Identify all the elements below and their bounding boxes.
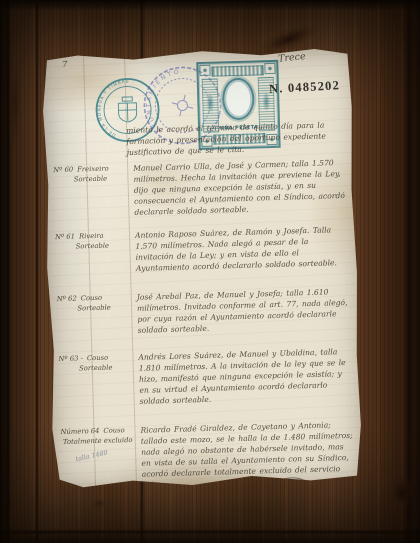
stamp-corner-ornament — [199, 65, 210, 76]
entry-place: Couso — [87, 354, 109, 364]
ink-stamp-emblem-icon — [169, 92, 196, 119]
wood-knot — [388, 474, 416, 512]
folio-note: Trece — [278, 51, 306, 65]
wood-knot — [90, 498, 108, 509]
entry-number: Nº 61 — [55, 233, 75, 243]
entry-number: Nº 62 — [57, 295, 77, 305]
document-paper: 7 Trece · DE LA MONEDA Y TIMBRE · AYUNTA — [40, 46, 364, 491]
stamp-center-oval — [222, 77, 255, 120]
entry-body: José Arebal Paz, de Manuel y Josefa; tal… — [137, 287, 352, 337]
entry-body: Andrés Lores Suárez, de Manuel y Ubaldin… — [138, 347, 353, 407]
stamp-top-banner — [211, 65, 263, 76]
wood-plank-seam — [35, 0, 39, 543]
wood-knot — [8, 58, 22, 150]
entry-number: Nº 63 - — [58, 354, 83, 364]
entry-margin: Nº 62 Couso Sorteable — [57, 293, 132, 339]
conscript-entry: Nº 61 Riveira Sorteable Antonio Raposo S… — [55, 225, 350, 277]
entry-body: Antonio Raposo Suárez, de Ramón y Josefa… — [135, 225, 350, 275]
serial-number: N. 0485202 — [269, 78, 341, 97]
crowned-coat-of-arms-icon — [118, 97, 137, 122]
conscript-entry: Nº 63 - Couso Sorteable Andrés Lores Suá… — [58, 347, 353, 410]
conscript-entry: Nº 60 Freixeiro Sorteable Manuel Carrio … — [53, 158, 348, 221]
entry-body: Manuel Carrio Ulla, de José y Carmen; ta… — [133, 158, 348, 218]
wood-plank-seam — [404, 0, 414, 543]
stamp-corner-ornament — [264, 63, 275, 74]
entry-margin: Nº 60 Freixeiro Sorteable — [53, 164, 128, 221]
opening-paragraph: miento le acordó el término de quinto dí… — [126, 120, 343, 159]
conscript-entry: Nº 62 Couso Sorteable José Arebal Paz, d… — [57, 287, 352, 339]
wood-plank-seam — [0, 529, 420, 535]
entry-margin: Nº 61 Riveira Sorteable — [55, 231, 130, 277]
photo-root: 7 Trece · DE LA MONEDA Y TIMBRE · AYUNTA — [0, 0, 420, 543]
entry-number: Número 64 — [60, 427, 99, 438]
entry-place: Riveira — [79, 232, 104, 242]
corner-mark: 7 — [62, 60, 67, 69]
entry-place: Freixeiro — [77, 165, 109, 175]
entry-place: Couso — [81, 294, 103, 304]
entry-place: Couso — [103, 426, 125, 436]
entry-margin: Nº 63 - Couso Sorteable — [58, 353, 133, 410]
entry-number: Nº 60 — [53, 166, 73, 176]
